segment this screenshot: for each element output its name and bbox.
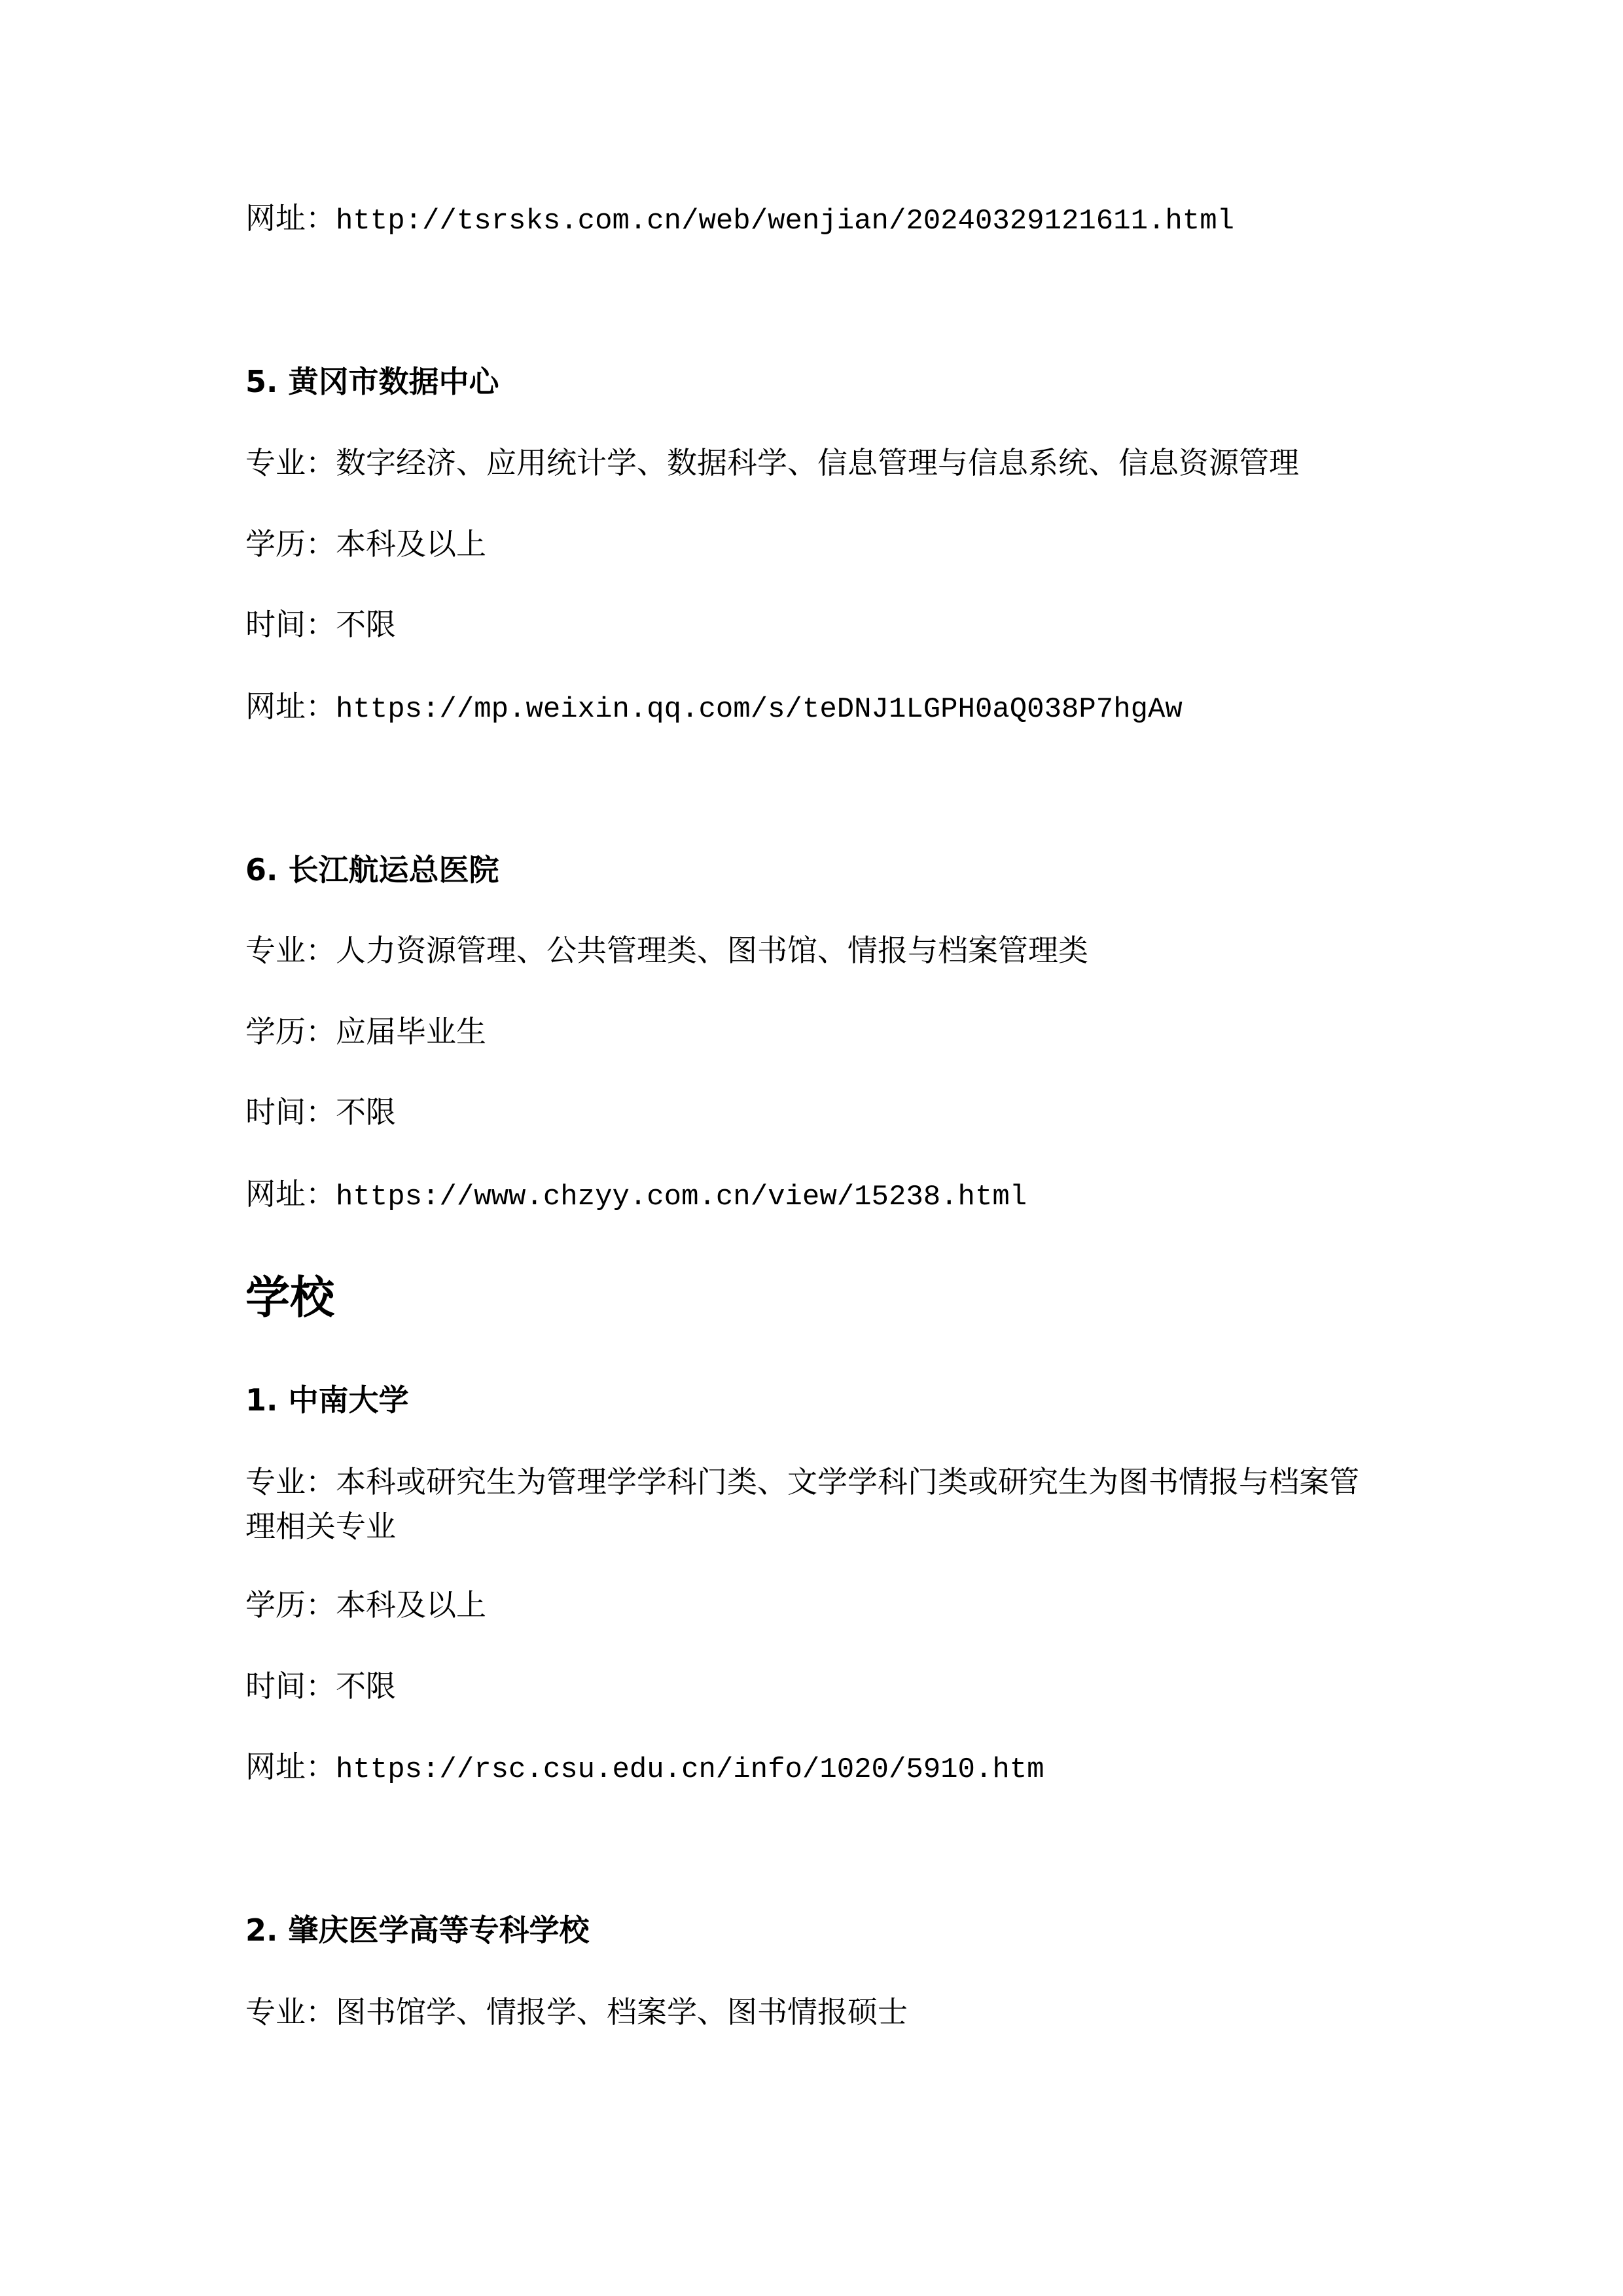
item-5-time: 时间：不限 <box>245 609 396 639</box>
url-label: 网址： <box>245 689 336 724</box>
school-2-title: 2. 肇庆医学高等专科学校 <box>245 1915 590 1945</box>
item-6-education: 学历：应届毕业生 <box>245 1016 486 1047</box>
url-label: 网址： <box>245 200 336 236</box>
school-1-url-line: 网址：https://rsc.csu.edu.cn/info/1020/5910… <box>245 1751 1044 1785</box>
item-5-title: 5. 黄冈市数据中心 <box>245 367 499 397</box>
school-2-major: 专业：图书馆学、情报学、档案学、图书情报硕士 <box>245 1997 908 2027</box>
item-5-major: 专业：数字经济、应用统计学、数据科学、信息管理与信息系统、信息资源管理 <box>245 448 1299 478</box>
item-6-url-line: 网址：https://www.chzyy.com.cn/view/15238.h… <box>245 1179 1027 1212</box>
school-1-education: 学历：本科及以上 <box>245 1590 486 1620</box>
url-label: 网址： <box>245 1749 336 1784</box>
url-link[interactable]: https://www.chzyy.com.cn/view/15238.html <box>336 1181 1027 1213</box>
prev-url-line: 网址：http://tsrsks.com.cn/web/wenjian/2024… <box>245 203 1234 236</box>
school-1-major: 专业：本科或研究生为管理学学科门类、文学学科门类或研究生为图书情报与档案管理相关… <box>245 1460 1384 1549</box>
item-6-title: 6. 长江航运总医院 <box>245 855 499 885</box>
url-label: 网址： <box>245 1176 336 1211</box>
url-link[interactable]: http://tsrsks.com.cn/web/wenjian/2024032… <box>336 205 1234 238</box>
item-6-time: 时间：不限 <box>245 1097 396 1127</box>
section-title-schools: 学校 <box>245 1276 334 1321</box>
item-6-major: 专业：人力资源管理、公共管理类、图书馆、情报与档案管理类 <box>245 935 1088 965</box>
url-link[interactable]: https://mp.weixin.qq.com/s/teDNJ1LGPH0aQ… <box>336 693 1183 726</box>
school-1-time: 时间：不限 <box>245 1671 396 1701</box>
school-1-title: 1. 中南大学 <box>245 1385 409 1415</box>
item-5-url-line: 网址：https://mp.weixin.qq.com/s/teDNJ1LGPH… <box>245 691 1183 725</box>
url-link[interactable]: https://rsc.csu.edu.cn/info/1020/5910.ht… <box>336 1753 1044 1786</box>
item-5-education: 学历：本科及以上 <box>245 529 486 559</box>
